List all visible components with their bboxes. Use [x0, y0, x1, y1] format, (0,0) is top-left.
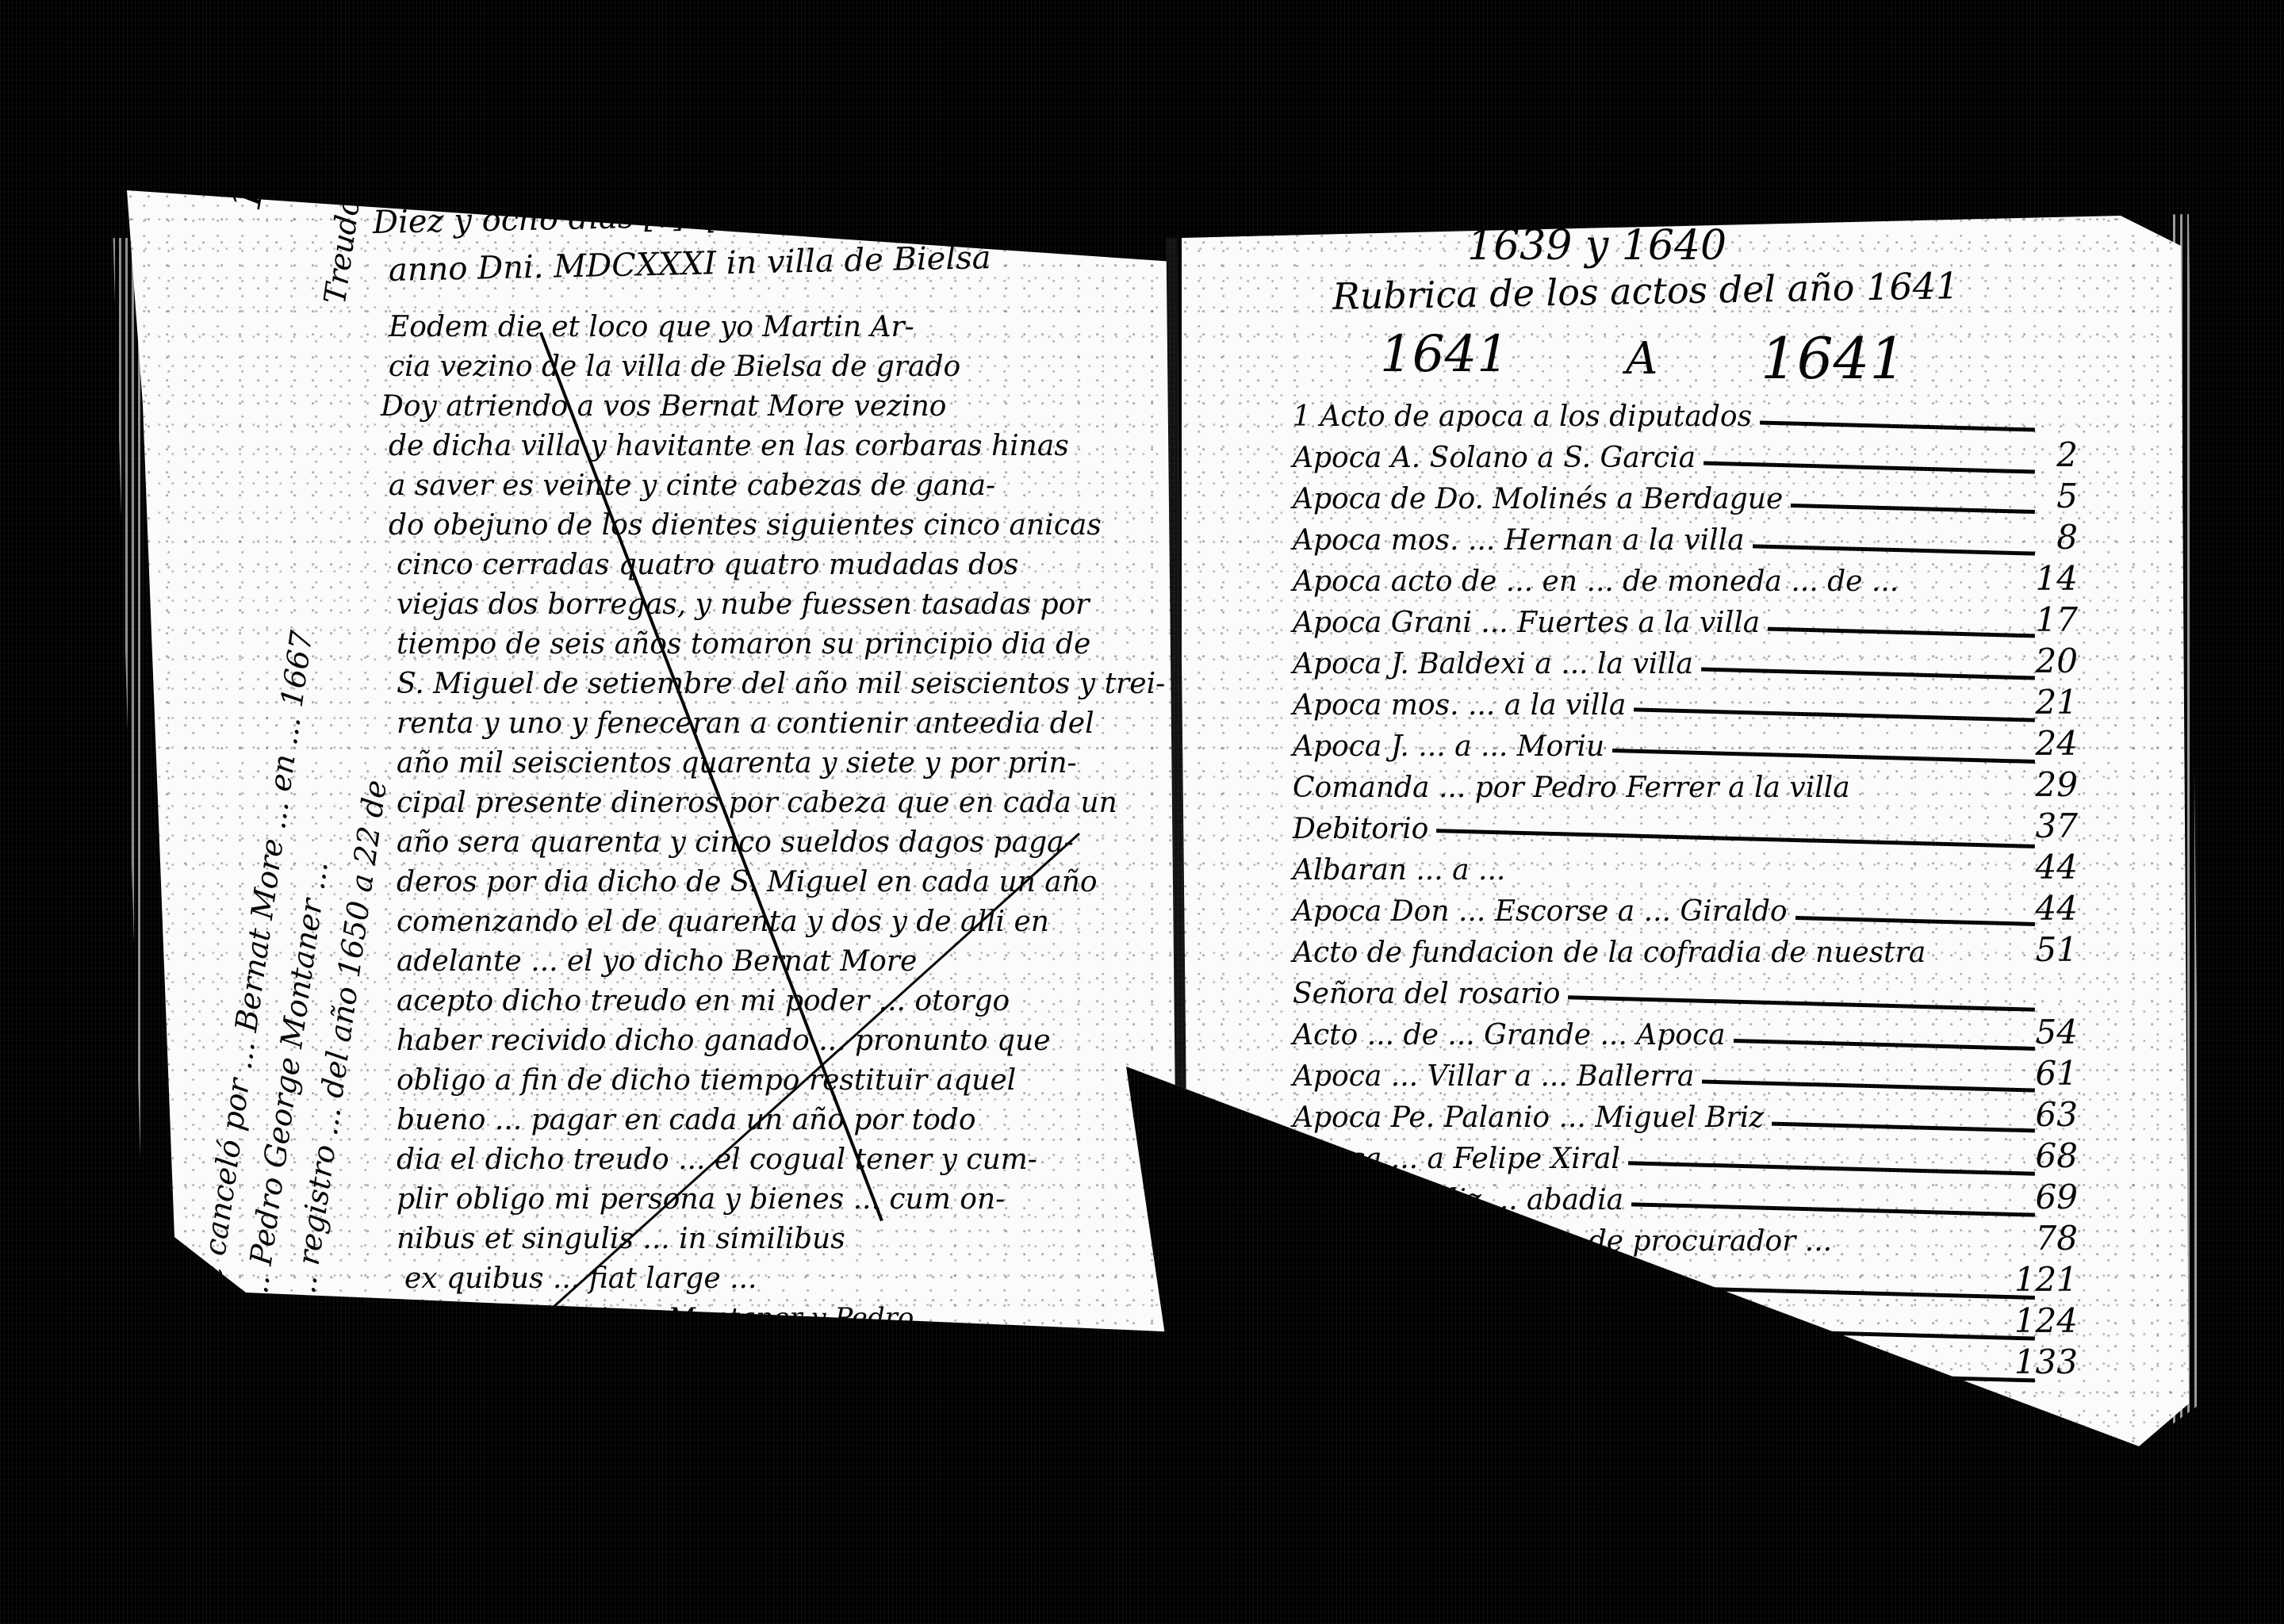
deed-line: nibus et singulis ... in similibus — [397, 1223, 845, 1255]
index-entry: Apoca ... Herce a ... 133 — [1293, 1345, 2046, 1381]
signature-line: soy testigo de lo sobredicho — [381, 1499, 807, 1534]
index-entry: Apoca Don ... Escorse a ... Giraldo44 — [1293, 891, 2046, 928]
deed-line: renta y uno y feneceran a contienir ante… — [397, 707, 1094, 740]
page-folio-number: 18 — [222, 155, 278, 215]
deed-line: cinco cerradas quatro quatro mudadas dos — [397, 549, 1018, 581]
index-entry: Apoca J. Baldexi a ... la villa20 — [1293, 644, 2046, 680]
index-entry: Apoca Caldiz ... abadia69 — [1293, 1180, 2046, 1216]
deed-line: bueno ... pagar en cada un año por todo — [397, 1104, 976, 1136]
deed-line: haber recivido dicho ganado ... pronunto… — [397, 1025, 1051, 1057]
index-entry: 1 Acto de apoca a los diputados — [1293, 396, 2046, 433]
deed-line: Doy atriendo a vos Bernat More vezino — [381, 390, 946, 423]
index-entry: Apoca Pe. Palanio ... Miguel Briz63 — [1293, 1097, 2046, 1134]
deed-line: Testes Pedro Martin ... Montaner y Pedro — [349, 1302, 914, 1334]
index-entry: Acto de nominacion de procurador ...78 — [1293, 1221, 2046, 1258]
index-entry: Apoca de Do. Molinés a Berdague5 — [1293, 479, 2046, 515]
index-entry: Apoca ... a Felipe Xiral68 — [1293, 1139, 2046, 1175]
index-entry: Señora del rosario — [1293, 974, 2046, 1010]
deed-line: obligo a fin de dicho tiempo restituir a… — [397, 1064, 1016, 1097]
deed-line: a saver es veinte y cinte cabezas de gan… — [389, 469, 995, 502]
deed-line: año mil seiscientos quarenta y siete y p… — [397, 747, 1077, 779]
deed-line: cipal presente dineros por cabeza que en… — [397, 787, 1117, 819]
index-entry: Comanda ... por Pedro Ferrer a la villa2… — [1293, 768, 2046, 804]
deed-line: do obejuno de los dientes siguientes cin… — [389, 509, 1102, 542]
deed-line: ex quibus ... fiat large ... — [404, 1262, 757, 1295]
index-entry: Apoca ... a ... Hipolito121 — [1293, 1262, 2046, 1299]
index-entry: Apoca Grani ... Fuertes a la villa17 — [1293, 603, 2046, 639]
rubric-title-line-2: 1639 y 1640 — [1467, 222, 1726, 270]
index-entry: Apoca acto de ... en ... de moneda ... d… — [1293, 561, 2046, 598]
index-entry: Apoca mos. ... Hernan a la villa8 — [1293, 520, 2046, 557]
index-entry: Debitorio37 — [1293, 809, 2046, 845]
year-label-left: 1641 — [1380, 325, 1509, 384]
signature-line: sobredicho y lo firmo por el obligado — [349, 1411, 853, 1443]
deed-line: de dicha villa y havitante en las corbar… — [389, 430, 1069, 462]
index-entry: Apoca mos. ... a la villa21 — [1293, 685, 2046, 722]
deed-line: viejas dos borregas, y nube fuessen tasa… — [397, 588, 1090, 621]
deed-line: Eodem die et loco que yo Martin Ar- — [389, 311, 914, 343]
index-entry: Acto ... de ... Grande ... Apoca54 — [1293, 1015, 2046, 1051]
index-entry: Apoca J. Bert ... Giraldo124 — [1293, 1304, 2046, 1340]
year-label-right: 1641 — [1761, 325, 1906, 392]
deed-line: cia vezino de la villa de Bielsa de grad… — [389, 350, 960, 383]
deed-line: adelante ... el yo dicho Bernat More — [397, 945, 917, 978]
index-entry: Apoca ... Villar a ... Ballerra61 — [1293, 1056, 2046, 1093]
index-entry: Apoca A. Solano a S. Garcia2 — [1293, 438, 2046, 474]
deed-line: Ferrer vezinos de dicha villa — [349, 1339, 738, 1370]
index-entry: Acto de fundacion de la cofradia de nues… — [1293, 933, 2046, 969]
deed-line: comenzando el de quarenta y dos y de all… — [397, 906, 1049, 938]
letter-label: A — [1626, 333, 1657, 385]
index-entry: Albaran ... a ...44 — [1293, 850, 2046, 887]
deed-line: tiempo de seis años tomaron su principio… — [397, 628, 1090, 661]
deed-line: acepto dicho treudo en mi poder ... otor… — [397, 985, 1010, 1017]
signature-line: ... no saber escribir ... George Broeras — [349, 1448, 874, 1480]
index-entry: Apoca J. ... a ... Moriu24 — [1293, 726, 2046, 763]
deed-line: plir obligo mi persona y bienes ... cum … — [397, 1183, 1005, 1216]
deed-line: S. Miguel de setiembre del año mil seisc… — [397, 668, 1165, 700]
signature-line: Yo Pedro George Montaner soy testigo de … — [349, 1375, 951, 1407]
